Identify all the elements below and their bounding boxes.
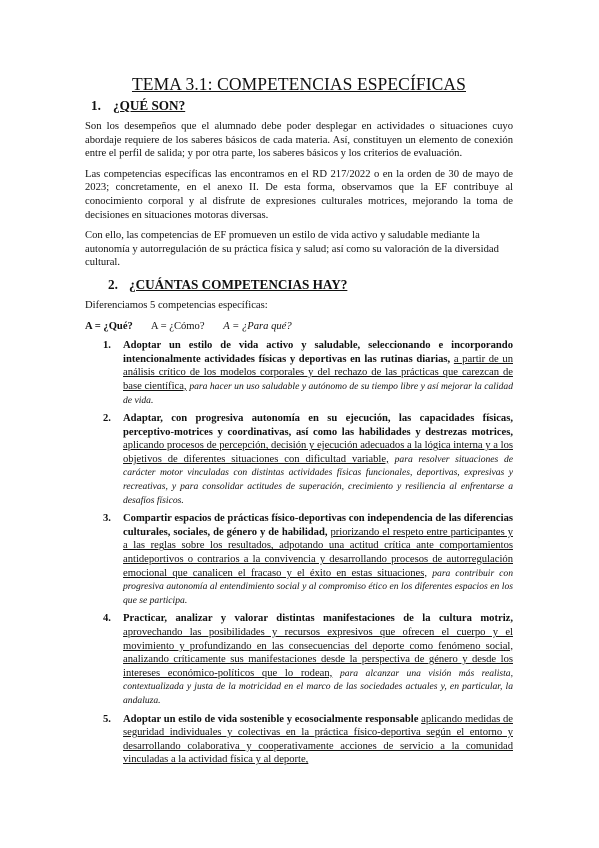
- competencia-item: 4. Practicar, analizar y valorar distint…: [85, 612, 513, 707]
- paragraph-intro: Diferenciamos 5 competencias específicas…: [85, 299, 513, 313]
- item-number: 5.: [103, 713, 111, 727]
- document-title: TEMA 3.1: COMPETENCIAS ESPECÍFICAS: [85, 74, 513, 95]
- item-number: 1.: [103, 339, 111, 353]
- paragraph-definition: Son los desempeños que el alumnado debe …: [85, 120, 513, 161]
- competencia-item: 1. Adoptar un estilo de vida activo y sa…: [85, 339, 513, 407]
- competencia-item: 2. Adaptar, con progresiva autonomía en …: [85, 412, 513, 507]
- section-title: ¿CUÁNTAS COMPETENCIAS HAY?: [129, 277, 347, 292]
- document-page: TEMA 3.1: COMPETENCIAS ESPECÍFICAS 1.¿QU…: [85, 74, 513, 772]
- item-number: 4.: [103, 612, 111, 626]
- section-number: 2.: [108, 277, 129, 293]
- section-heading-cuantas: 2.¿CUÁNTAS COMPETENCIAS HAY?: [108, 277, 513, 293]
- competencias-list: 1. Adoptar un estilo de vida activo y sa…: [85, 339, 513, 767]
- paragraph-legislation: Las competencias específicas las encontr…: [85, 168, 513, 222]
- format-legend: A = ¿Qué? A = ¿Cómo? A = ¿Para qué?: [85, 320, 513, 334]
- paragraph-conclusion: Con ello, las competencias de EF promuev…: [85, 229, 513, 270]
- section-title: ¿QUÉ SON?: [113, 98, 185, 113]
- item-number: 2.: [103, 412, 111, 426]
- item-what: Adoptar un estilo de vida sostenible y e…: [123, 714, 418, 725]
- legend-what: A = ¿Qué?: [85, 321, 133, 332]
- item-what: Practicar, analizar y valorar distintas …: [123, 613, 513, 624]
- competencia-item: 3. Compartir espacios de prácticas físic…: [85, 512, 513, 607]
- section-number: 1.: [91, 98, 113, 114]
- item-number: 3.: [103, 512, 111, 526]
- item-what: Adaptar, con progresiva autonomía en su …: [123, 413, 513, 438]
- competencia-item: 5. Adoptar un estilo de vida sostenible …: [85, 713, 513, 767]
- legend-how: A = ¿Cómo?: [151, 321, 205, 332]
- section-heading-que-son: 1.¿QUÉ SON?: [91, 98, 513, 114]
- legend-why: A = ¿Para qué?: [223, 321, 291, 332]
